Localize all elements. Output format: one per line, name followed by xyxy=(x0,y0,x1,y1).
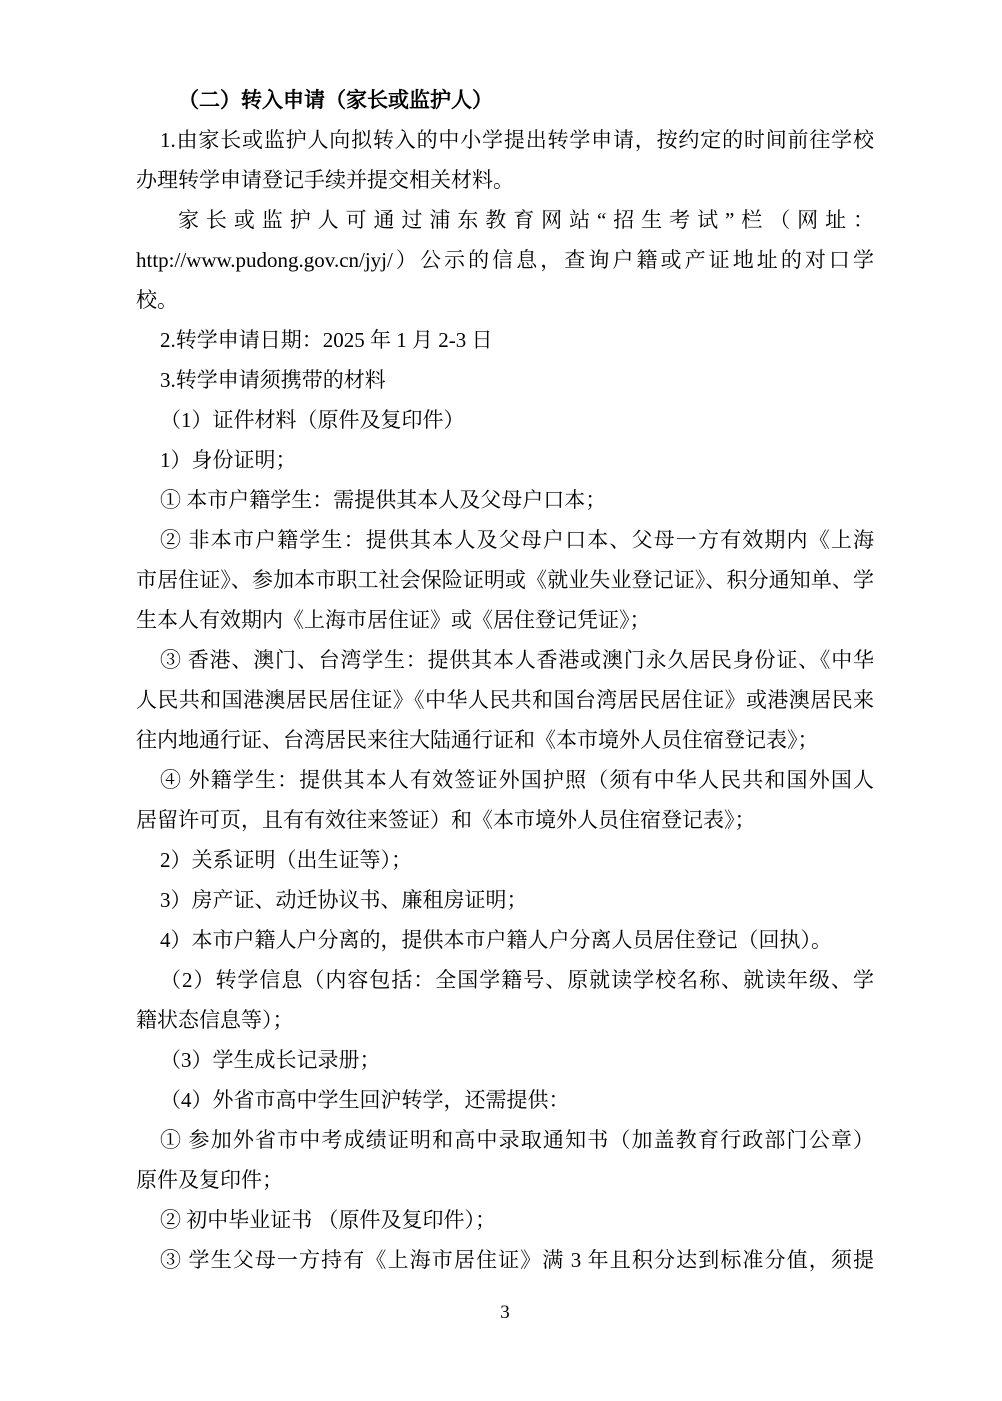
document-page: （二）转入申请（家长或监护人）1.由家长或监护人向拟转入的中小学提出转学申请，按… xyxy=(0,0,1002,1401)
text-line: http://www.pudong.gov.cn/jyj/）公示的信息，查询户籍… xyxy=(136,240,874,280)
text-line: ② 初中毕业证书 （原件及复印件）； xyxy=(136,1200,874,1240)
text-line: （2）转学信息（内容包括：全国学籍号、原就读学校名称、就读年级、学 xyxy=(136,960,874,1000)
text-line: 人民共和国港澳居民居住证》《中华人民共和国台湾居民居住证》或港澳居民来 xyxy=(136,680,874,720)
text-line: 籍状态信息等）； xyxy=(136,1000,874,1040)
text-line: 3）房产证、动迁协议书、廉租房证明； xyxy=(136,880,874,920)
text-line: ① 本市户籍学生：需提供其本人及父母户口本； xyxy=(136,480,874,520)
text-line: 校。 xyxy=(136,280,874,320)
text-line: 3.转学申请须携带的材料 xyxy=(136,360,874,400)
text-line: 原件及复印件； xyxy=(136,1160,874,1200)
text-line: 4）本市户籍人户分离的，提供本市户籍人户分离人员居住登记（回执）。 xyxy=(136,920,874,960)
text-line: 2.转学申请日期：2025 年 1 月 2-3 日 xyxy=(136,320,874,360)
section-heading: （二）转入申请（家长或监护人） xyxy=(136,80,874,120)
document-body: （二）转入申请（家长或监护人）1.由家长或监护人向拟转入的中小学提出转学申请，按… xyxy=(136,80,874,1280)
text-line: 生本人有效期内《上海市居住证》或《居住登记凭证》； xyxy=(136,600,874,640)
text-line: 往内地通行证、台湾居民来往大陆通行证和《本市境外人员住宿登记表》； xyxy=(136,720,874,760)
text-line: （4）外省市高中学生回沪转学，还需提供： xyxy=(136,1080,874,1120)
text-line: 办理转学申请登记手续并提交相关材料。 xyxy=(136,160,874,200)
text-line: ② 非本市户籍学生：提供其本人及父母户口本、父母一方有效期内《上海 xyxy=(136,520,874,560)
text-line: （3）学生成长记录册； xyxy=(136,1040,874,1080)
text-line: ① 参加外省市中考成绩证明和高中录取通知书（加盖教育行政部门公章） xyxy=(136,1120,874,1160)
page-number: 3 xyxy=(136,1298,874,1328)
text-line: 家长或监护人可通过浦东教育网站“招生考试”栏（网址： xyxy=(136,200,874,240)
text-line: ③ 学生父母一方持有《上海市居住证》满 3 年且积分达到标准分值，须提 xyxy=(136,1240,874,1280)
text-line: （1）证件材料（原件及复印件） xyxy=(136,400,874,440)
text-line: 居留许可页，且有有效往来签证）和《本市境外人员住宿登记表》； xyxy=(136,800,874,840)
text-line: 1.由家长或监护人向拟转入的中小学提出转学申请，按约定的时间前往学校 xyxy=(136,120,874,160)
text-line: ③ 香港、澳门、台湾学生：提供其本人香港或澳门永久居民身份证、《中华 xyxy=(136,640,874,680)
text-line: 1）身份证明； xyxy=(136,440,874,480)
text-line: ④ 外籍学生：提供其本人有效签证外国护照（须有中华人民共和国外国人 xyxy=(136,760,874,800)
text-line: 市居住证》、参加本市职工社会保险证明或《就业失业登记证》、积分通知单、学 xyxy=(136,560,874,600)
text-line: 2）关系证明（出生证等）； xyxy=(136,840,874,880)
